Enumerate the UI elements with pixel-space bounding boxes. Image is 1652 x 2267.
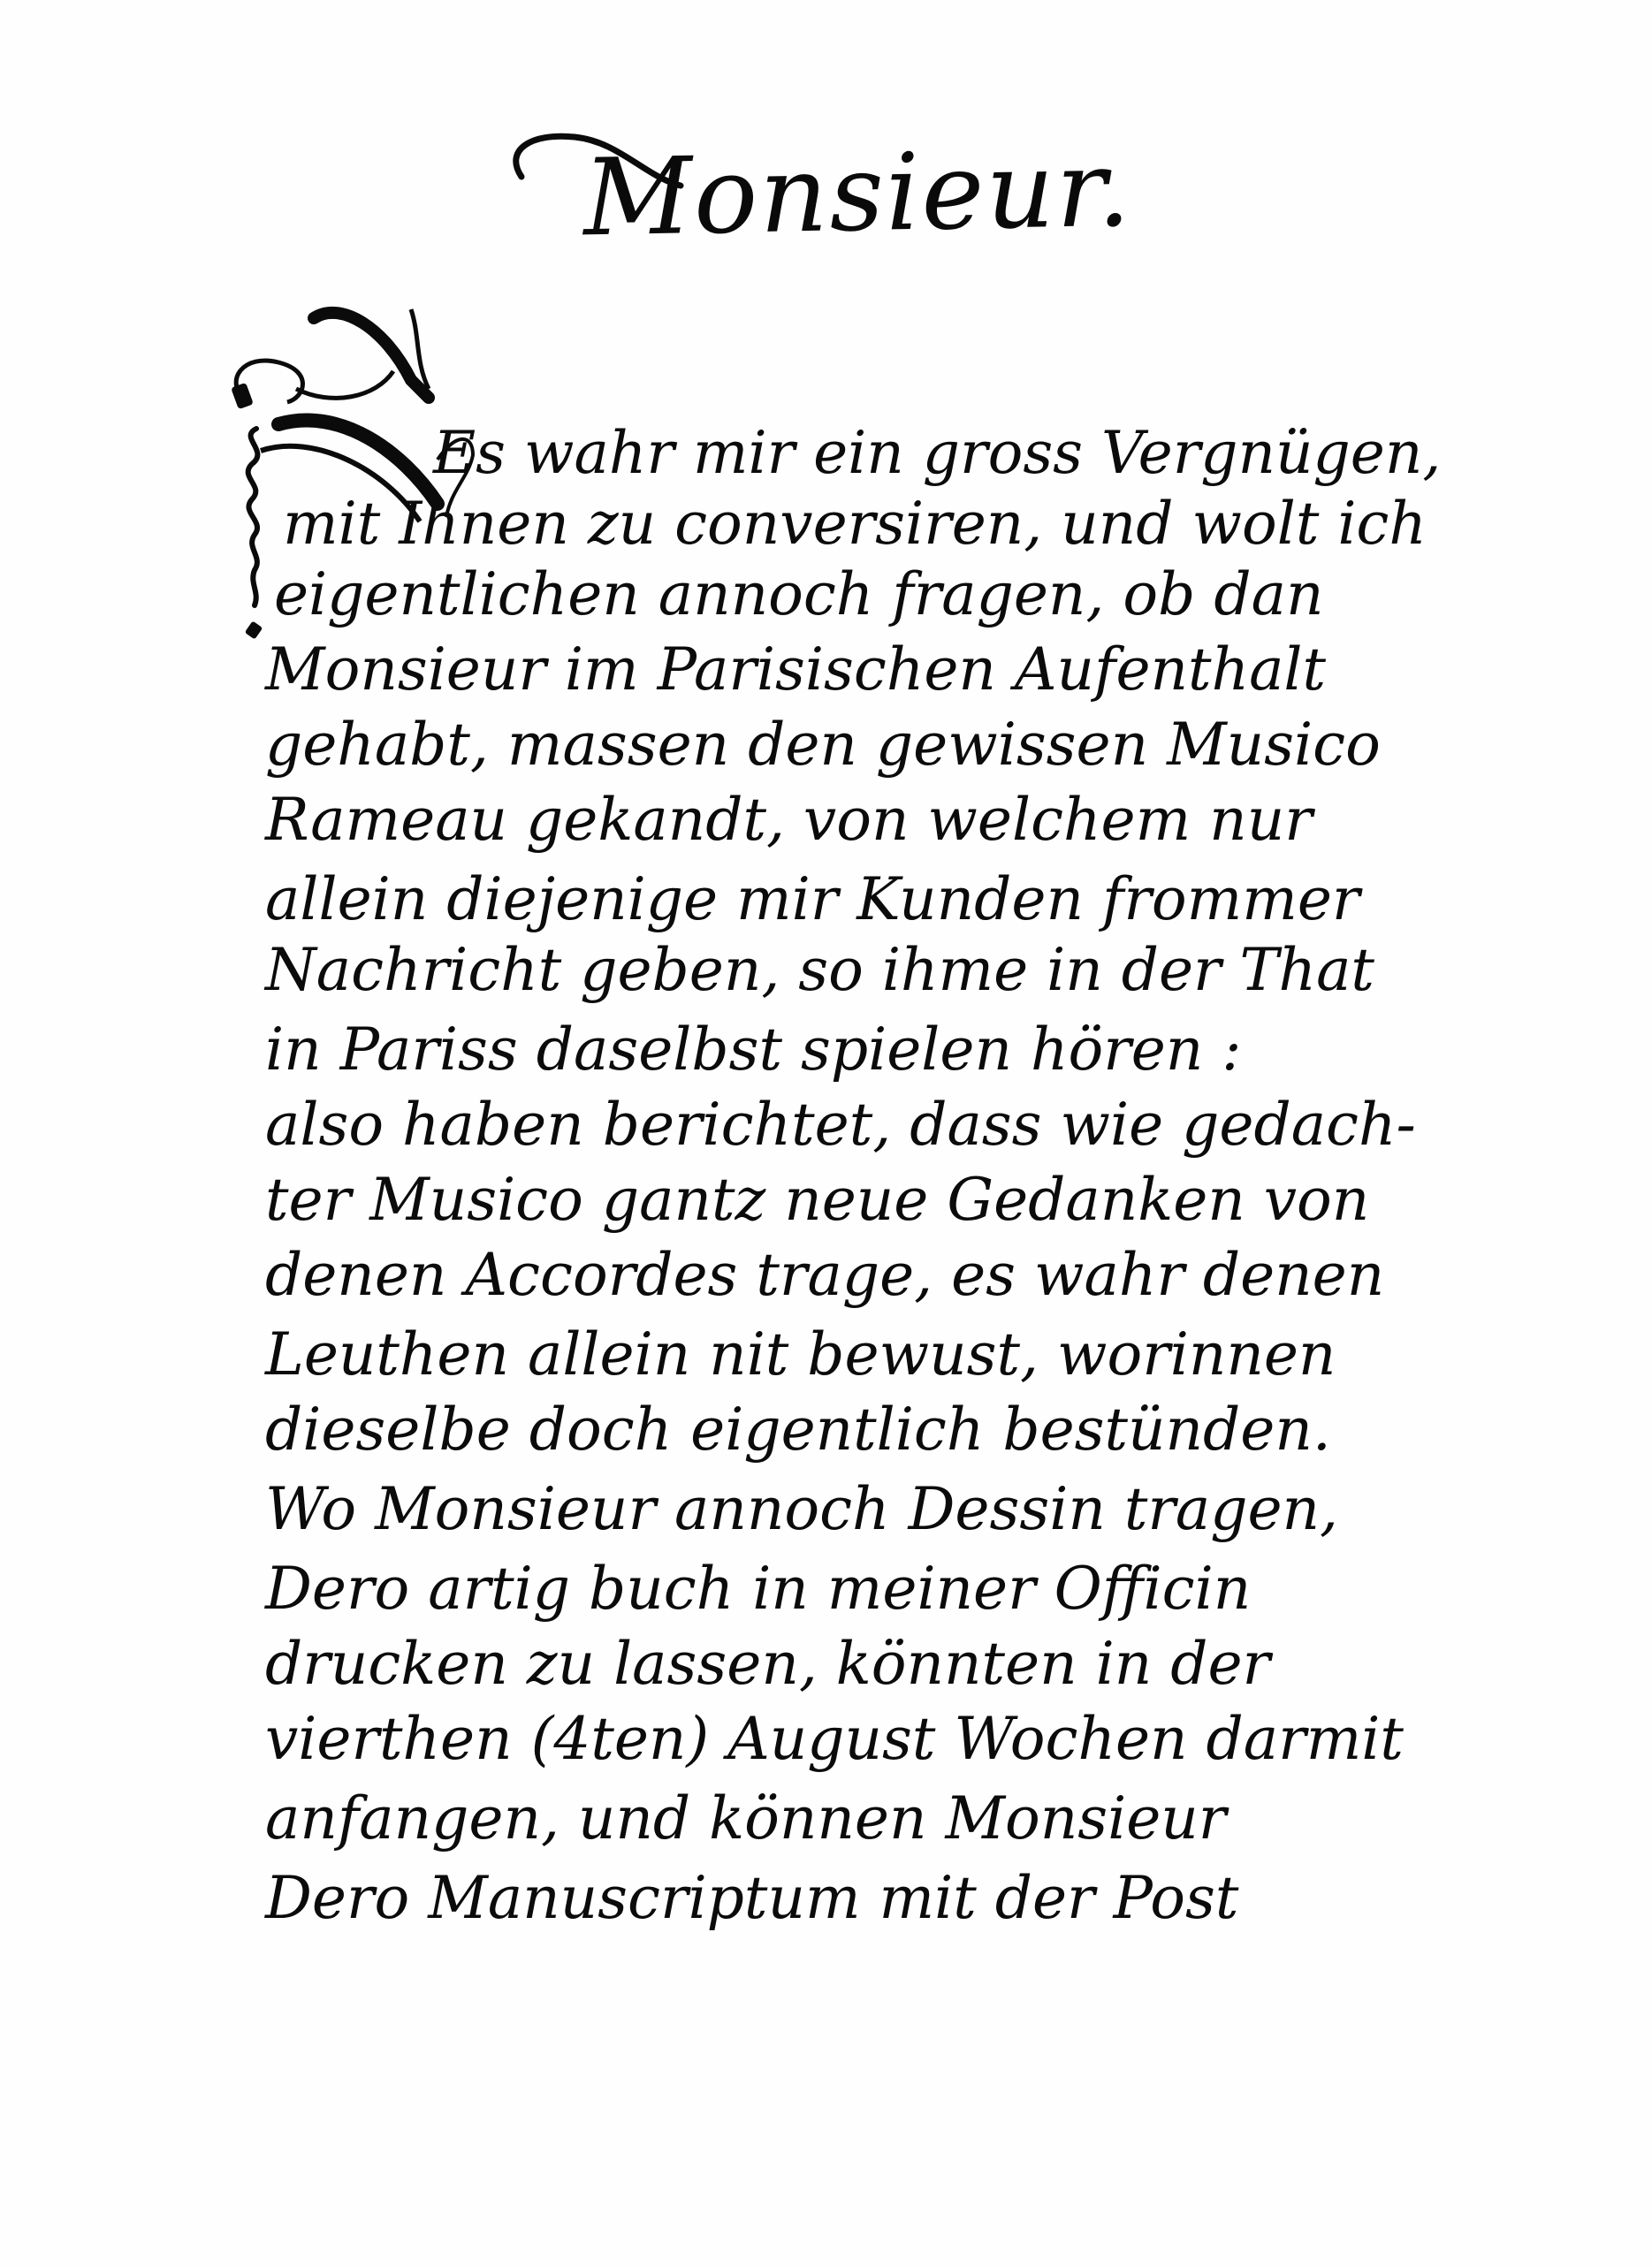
letter-line-14: dieselbe doch eigentlich bestünden. [265,1401,1331,1459]
letter-line-1: Es wahr mir ein gross Vergnügen, [433,424,1441,483]
letter-page: Monsieur. Es wahr mir ein gross Vergnüge… [0,0,1652,2267]
letter-line-7: allein diejenige mir Kunden frommer [265,871,1359,929]
letter-line-4: Monsieur im Parisischen Aufenthalt [265,641,1326,699]
letter-line-13: Leuthen allein nit bewust, worinnen [265,1326,1336,1384]
letter-line-12: denen Accordes trage, es wahr denen [265,1246,1384,1305]
letter-line-2: mit Ihnen zu conversiren, und wolt ich [283,495,1427,553]
salutation-heading: Monsieur. [582,128,1133,261]
letter-line-19: anfangen, und können Monsieur [265,1790,1226,1848]
letter-line-9: in Pariss daselbst spielen hören : [265,1021,1242,1079]
letter-line-3: eigentlichen annoch fragen, ob dan [274,566,1323,624]
letter-line-18: vierthen (4ten) August Wochen darmit [265,1710,1404,1769]
letter-line-20: Dero Manuscriptum mit der Post [265,1869,1238,1928]
letter-line-15: Wo Monsieur annoch Dessin tragen, [265,1480,1338,1539]
letter-line-10: also haben berichtet, dass wie gedach- [265,1096,1416,1154]
letter-line-11: ter Musico gantz neue Gedanken von [265,1171,1369,1229]
letter-line-6: Rameau gekandt, von welchem nur [265,791,1313,849]
letter-line-17: drucken zu lassen, könnten in der [265,1635,1270,1693]
letter-line-16: Dero artig buch in meiner Officin [265,1560,1251,1618]
letter-line-8: Nachricht geben, so ihme in der That [265,941,1374,1000]
letter-line-5: gehabt, massen den gewissen Musico [265,716,1381,774]
